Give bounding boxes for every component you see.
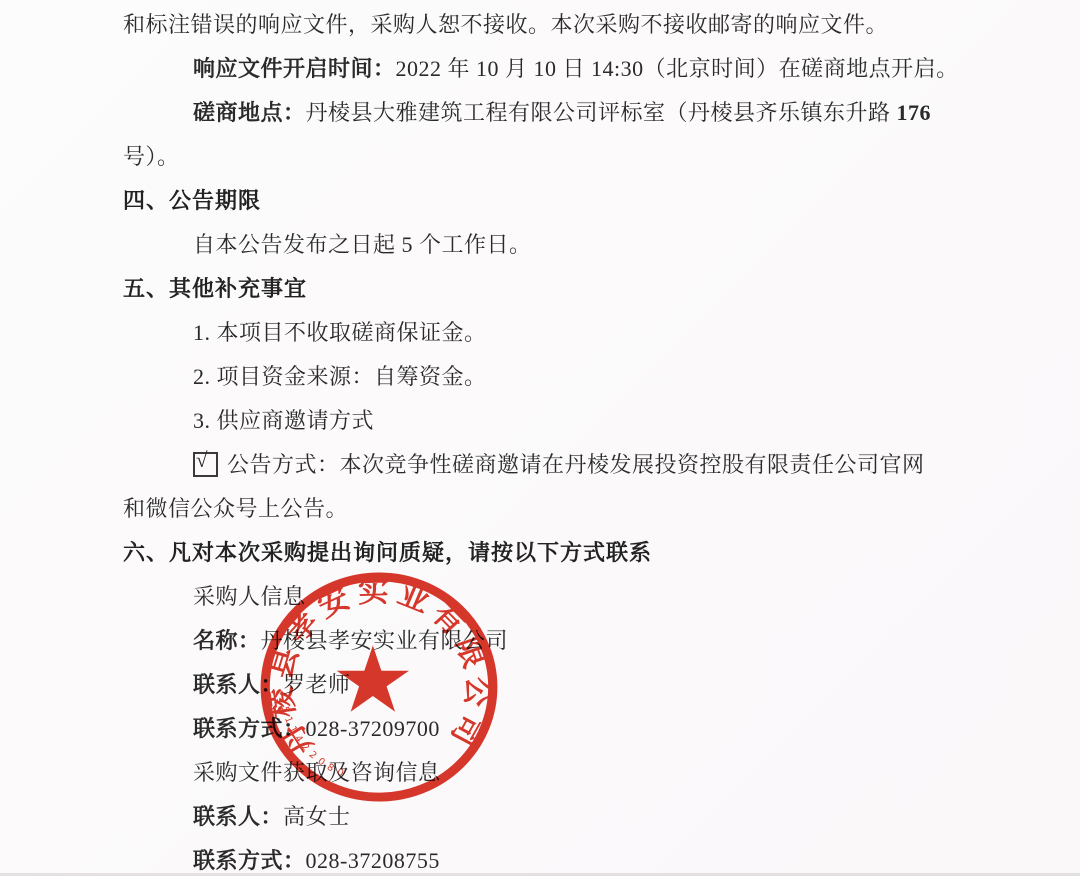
paragraph-announcement-method: √公告方式：本次竞争性磋商邀请在丹棱发展投资控股有限责任公司官网: [123, 443, 1020, 487]
list-item-funding: 2. 项目资金来源：自筹资金。: [123, 355, 1020, 399]
consult-contact-value: 高女士: [283, 804, 351, 829]
purchaser-phone-row: 联系方式：028-37209700: [123, 707, 1020, 751]
checked-checkbox: √: [193, 452, 218, 477]
list-item-invitation-method: 3. 供应商邀请方式: [123, 399, 1020, 443]
venue-street-number: 176: [897, 100, 932, 125]
checkmark-icon: √: [196, 450, 208, 471]
purchaser-phone-label: 联系方式：: [193, 716, 306, 741]
purchaser-name-value: 丹棱县孝安实业有限公司: [261, 628, 509, 653]
purchaser-contact-row: 联系人：罗老师: [123, 663, 1020, 707]
consult-contact-row: 联系人：高女士: [123, 795, 1020, 839]
consult-phone-label: 联系方式：: [193, 848, 306, 873]
purchaser-name-label: 名称：: [193, 628, 261, 653]
paragraph-announcement-period: 自本公告发布之日起 5 个工作日。: [123, 223, 1020, 267]
purchaser-info-title: 采购人信息: [123, 575, 1020, 619]
doc-acquisition-title: 采购文件获取及咨询信息: [123, 751, 1020, 795]
consult-phone-row: 联系方式：028-37208755: [123, 839, 1020, 876]
list-item-deposit: 1. 本项目不收取磋商保证金。: [123, 311, 1020, 355]
paragraph-open-time: 响应文件开启时间：2022 年 10 月 10 日 14:30（北京时间）在磋商…: [123, 47, 1020, 91]
open-time-text: 2022 年 10 月 10 日 14:30（北京时间）在磋商地点开启。: [396, 56, 959, 81]
section-heading-6: 六、凡对本次采购提出询问质疑，请按以下方式联系: [123, 531, 1020, 575]
paragraph-venue: 磋商地点：丹棱县大雅建筑工程有限公司评标室（丹棱县齐乐镇东升路 176: [123, 91, 1020, 135]
consult-contact-label: 联系人：: [193, 804, 283, 829]
announcement-method-text: 本次竞争性磋商邀请在丹棱发展投资控股有限责任公司官网: [340, 452, 925, 477]
open-time-label: 响应文件开启时间：: [193, 56, 396, 81]
venue-label: 磋商地点：: [193, 100, 306, 125]
purchaser-contact-value: 罗老师: [283, 672, 351, 697]
section-heading-4: 四、公告期限: [123, 179, 1020, 223]
paragraph-response-file-note: 和标注错误的响应文件，采购人恕不接收。本次采购不接收邮寄的响应文件。: [123, 3, 1020, 47]
section-heading-5: 五、其他补充事宜: [123, 267, 1020, 311]
venue-text: 丹棱县大雅建筑工程有限公司评标室（丹棱县齐乐镇东升路: [306, 100, 897, 125]
paragraph-venue-wrap: 号）。: [123, 135, 1020, 179]
document-page: 和标注错误的响应文件，采购人恕不接收。本次采购不接收邮寄的响应文件。 响应文件开…: [0, 0, 1080, 876]
purchaser-phone-value: 028-37209700: [306, 716, 440, 741]
purchaser-contact-label: 联系人：: [193, 672, 283, 697]
paragraph-announcement-method-wrap: 和微信公众号上公告。: [123, 487, 1020, 531]
purchaser-name-row: 名称：丹棱县孝安实业有限公司: [123, 619, 1020, 663]
announcement-method-label: 公告方式：: [227, 452, 340, 477]
consult-phone-value: 028-37208755: [306, 848, 440, 873]
